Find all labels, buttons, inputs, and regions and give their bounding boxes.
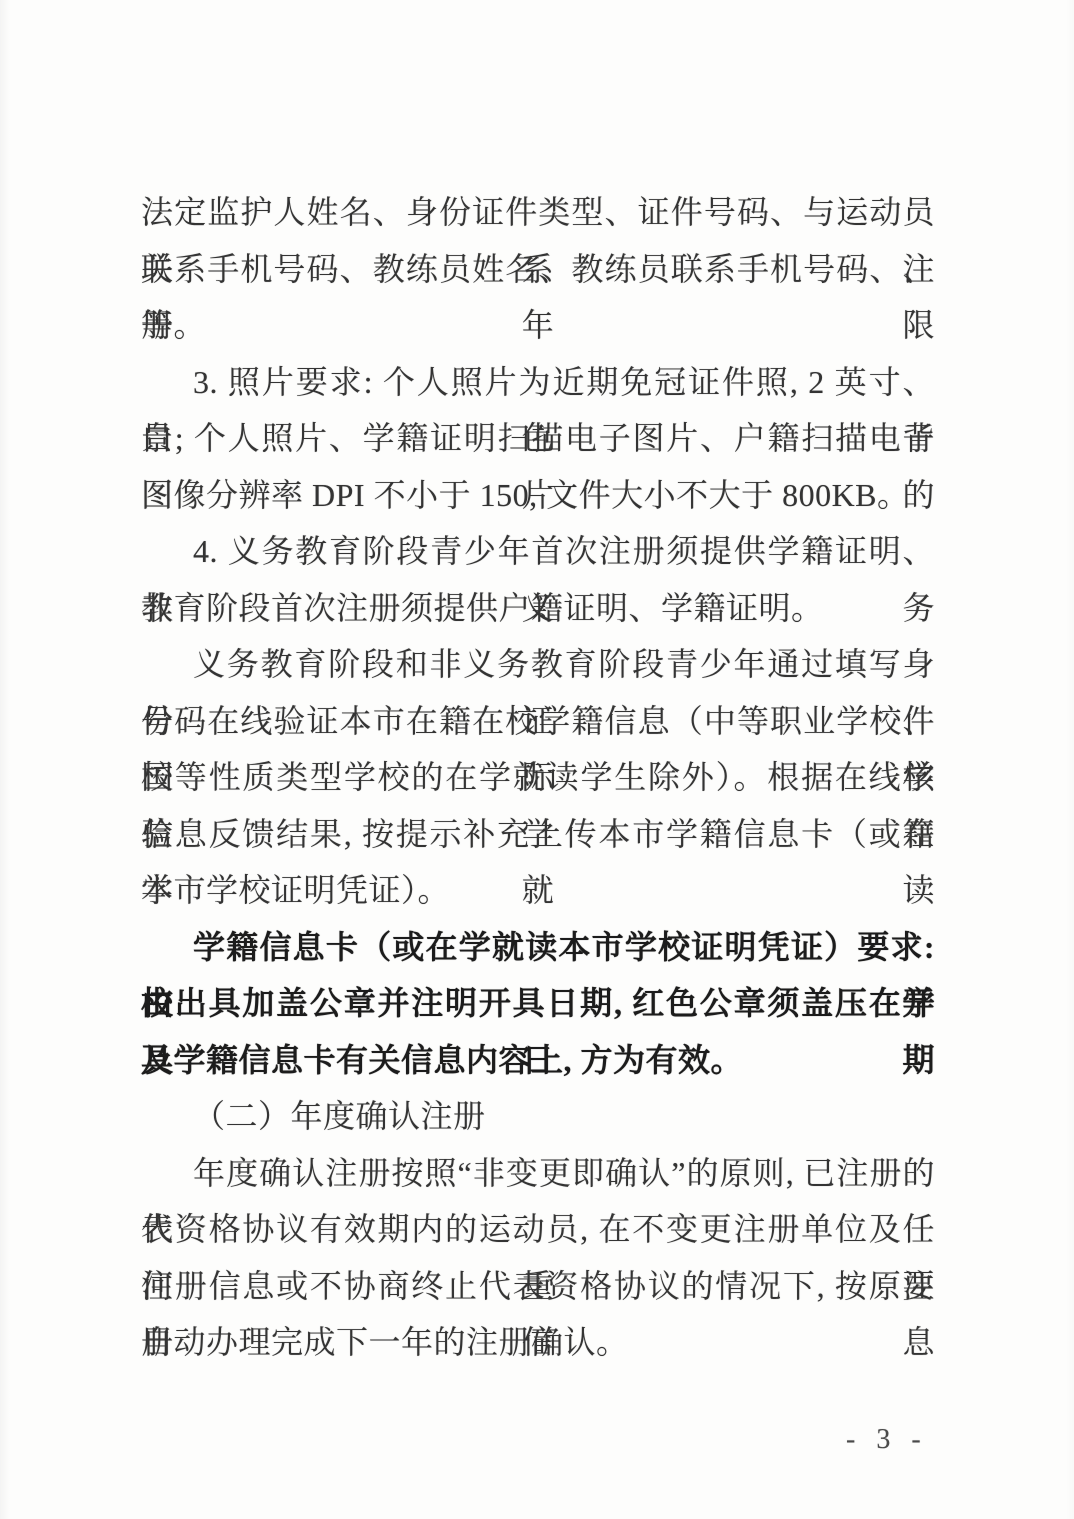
text-line: 校等性质类型学校的在学就读学生除外）。根据在线核验学籍	[141, 749, 935, 806]
text-line: 表资格协议有效期内的运动员, 在不变更注册单位及任何重要	[141, 1201, 935, 1258]
text-line-emphasis: 校出具加盖公章并注明开具日期, 红色公章须盖压在开具日期	[141, 975, 935, 1032]
text-line-emphasis: 学籍信息卡（或在学就读本市学校证明凭证）要求: 由学	[141, 919, 935, 976]
text-line: 3. 照片要求: 个人照片为近期免冠证件照, 2 英寸、白色背	[141, 354, 935, 411]
text-line: 联系手机号码、教练员姓名、教练员联系手机号码、注册年限	[141, 241, 935, 298]
text-line: 图像分辨率 DPI 不小于 150, 文件大小不大于 800KB。	[141, 467, 935, 524]
text-line: 义务教育阶段和非义务教育阶段青少年通过填写身份证件	[141, 636, 935, 693]
text-line: 教育阶段首次注册须提供户籍证明、学籍证明。	[141, 580, 935, 637]
text-line: 信息反馈结果, 按提示补充上传本市学籍信息卡（或在学就读	[141, 806, 935, 863]
text-line: 景; 个人照片、学籍证明扫描电子图片、户籍扫描电子图片的	[141, 410, 935, 467]
text-line: 号码在线验证本市在籍在校学籍信息（中等职业学校、国际学	[141, 693, 935, 750]
text-line: 法定监护人姓名、身份证件类型、证件号码、与运动员关系、	[141, 184, 935, 241]
section-heading: （二）年度确认注册	[141, 1088, 935, 1145]
text-line: 年度确认注册按照“非变更即确认”的原则, 已注册的代	[141, 1145, 935, 1202]
text-line: 注册信息或不协商终止代表资格协议的情况下, 按原注册信息	[141, 1258, 935, 1315]
document-page: 法定监护人姓名、身份证件类型、证件号码、与运动员关系、 联系手机号码、教练员姓名…	[0, 0, 1074, 1519]
text-line: 4. 义务教育阶段青少年首次注册须提供学籍证明、非义务	[141, 523, 935, 580]
document-text-block: 法定监护人姓名、身份证件类型、证件号码、与运动员关系、 联系手机号码、教练员姓名…	[141, 184, 935, 1371]
page-number: - 3 -	[846, 1422, 928, 1458]
